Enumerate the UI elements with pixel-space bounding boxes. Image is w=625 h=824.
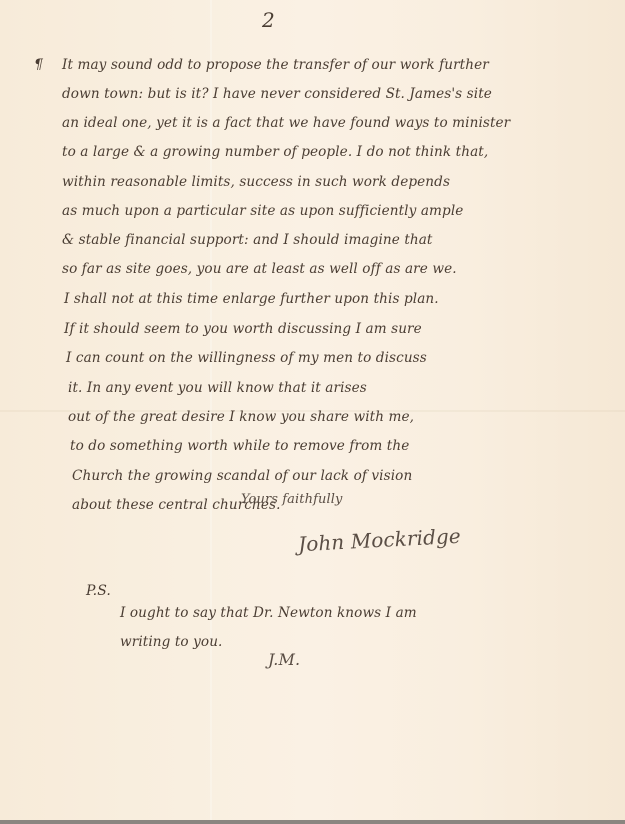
- body-line: within reasonable limits, success in suc…: [62, 174, 450, 190]
- body-line: out of the great desire I know you share…: [68, 409, 414, 425]
- body-line: & stable financial support: and I should…: [62, 232, 433, 248]
- body-line: so far as site goes, you are at least as…: [62, 261, 457, 277]
- body-line: I shall not at this time enlarge further…: [64, 291, 439, 307]
- paragraph-marker: ¶: [34, 57, 43, 73]
- body-line: to a large & a growing number of people.…: [62, 144, 488, 160]
- body-line: I can count on the willingness of my men…: [66, 350, 427, 366]
- postscript-line: writing to you.: [120, 634, 222, 650]
- closing-salutation: Yours faithfully: [241, 492, 342, 507]
- postscript-label: P.S.: [86, 583, 111, 599]
- body-line: an ideal one, yet it is a fact that we h…: [62, 115, 510, 131]
- scan-bottom-edge: [0, 820, 625, 824]
- body-line: as much upon a particular site as upon s…: [62, 203, 463, 219]
- body-line: Church the growing scandal of our lack o…: [72, 468, 412, 484]
- postscript-line: I ought to say that Dr. Newton knows I a…: [120, 605, 417, 621]
- page-number: 2: [262, 8, 275, 32]
- postscript-initials: J.M.: [268, 650, 300, 669]
- body-line: down town: but is it? I have never consi…: [62, 86, 492, 102]
- body-line: It may sound odd to propose the transfer…: [62, 57, 489, 73]
- signature: John Mockridge: [297, 524, 461, 556]
- body-line: it. In any event you will know that it a…: [68, 380, 367, 396]
- body-line: If it should seem to you worth discussin…: [64, 321, 422, 337]
- letter-page: 2 ¶ It may sound odd to propose the tran…: [0, 0, 625, 820]
- body-line: to do something worth while to remove fr…: [70, 438, 409, 454]
